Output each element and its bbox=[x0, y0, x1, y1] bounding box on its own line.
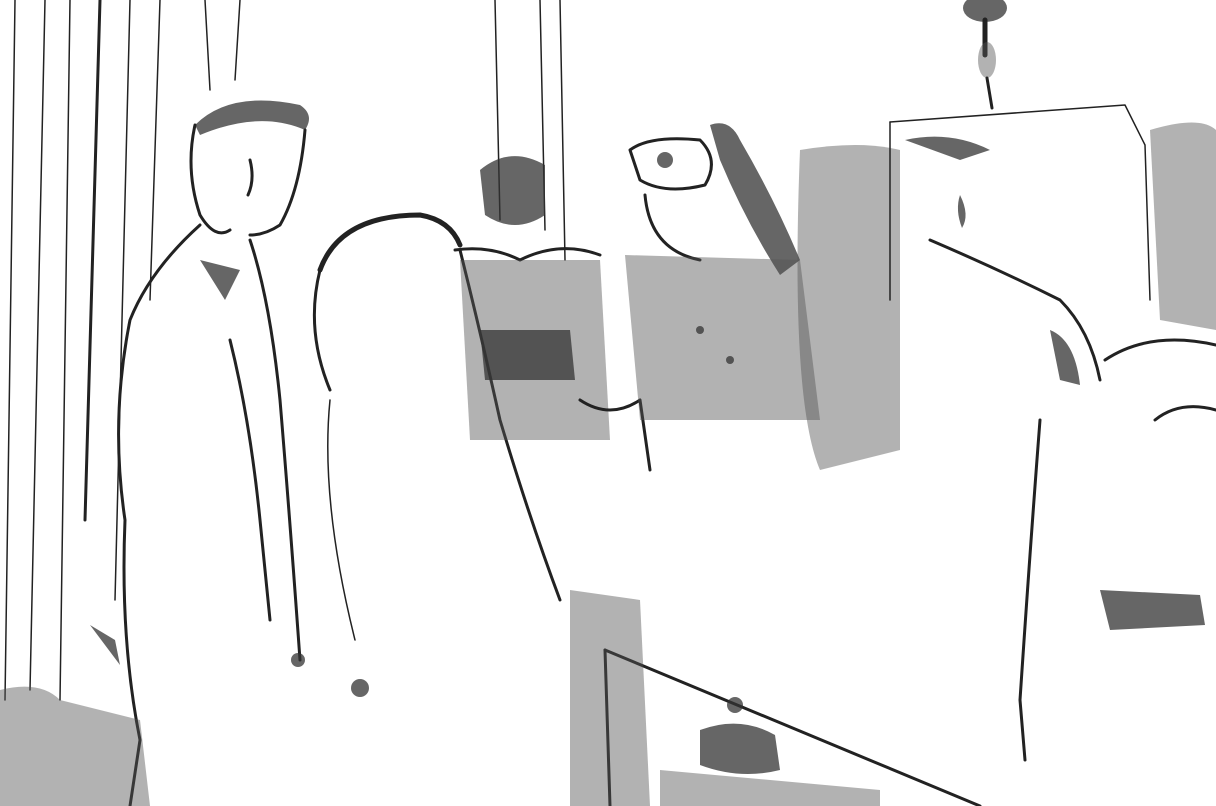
lantern bbox=[963, 0, 1007, 108]
man-right bbox=[798, 105, 1216, 760]
man-left bbox=[90, 101, 309, 806]
table bbox=[570, 590, 980, 806]
officer-cap bbox=[625, 123, 820, 420]
soldier-center bbox=[455, 156, 650, 470]
sketch-scene bbox=[0, 0, 1216, 806]
foreground-left bbox=[0, 687, 150, 806]
